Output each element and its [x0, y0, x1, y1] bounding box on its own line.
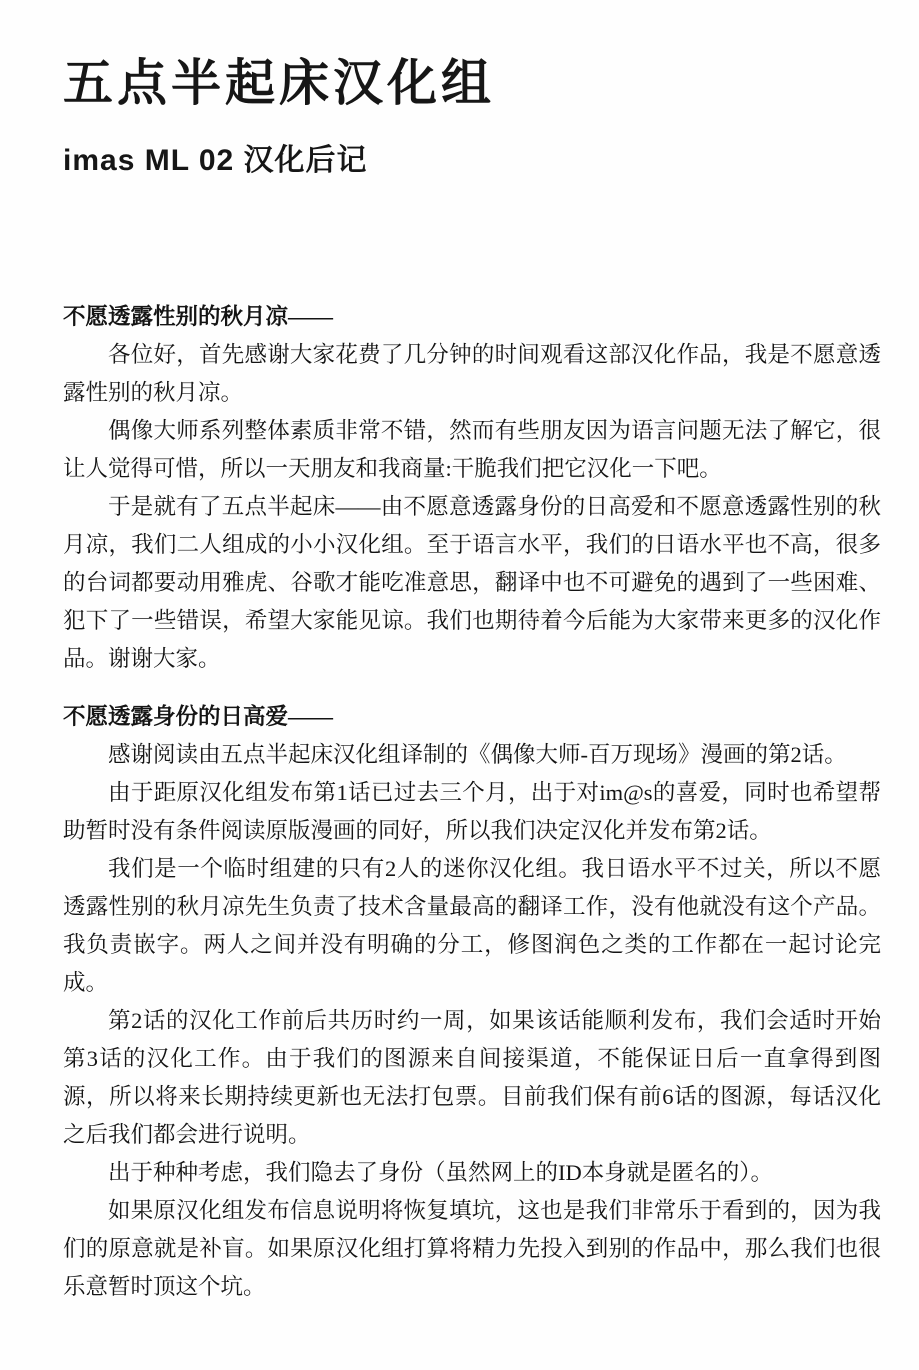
section-hidaka-ai: 不愿透露身份的日高爱—— 感谢阅读由五点半起床汉化组译制的《偶像大师-百万现场》…	[63, 698, 881, 1306]
page-subtitle: imas ML 02 汉化后记	[63, 142, 881, 180]
section-heading-akizuki-ryo: 不愿透露性别的秋月凉——	[63, 298, 881, 336]
paragraph: 于是就有了五点半起床——由不愿意透露身份的日高爱和不愿意透露性别的秋月凉，我们二…	[63, 488, 881, 678]
paragraph: 感谢阅读由五点半起床汉化组译制的《偶像大师-百万现场》漫画的第2话。	[63, 736, 881, 774]
paragraph: 第2话的汉化工作前后共历时约一周，如果该话能顺利发布，我们会适时开始第3话的汉化…	[63, 1002, 881, 1154]
document-content: 五点半起床汉化组 imas ML 02 汉化后记 不愿透露性别的秋月凉—— 各位…	[0, 0, 919, 1306]
paragraph: 偶像大师系列整体素质非常不错，然而有些朋友因为语言问题无法了解它，很让人觉得可惜…	[63, 412, 881, 488]
paragraph: 我们是一个临时组建的只有2人的迷你汉化组。我日语水平不过关，所以不愿透露性别的秋…	[63, 850, 881, 1002]
section-akizuki-ryo: 不愿透露性别的秋月凉—— 各位好，首先感谢大家花费了几分钟的时间观看这部汉化作品…	[63, 298, 881, 678]
paragraph: 各位好，首先感谢大家花费了几分钟的时间观看这部汉化作品，我是不愿意透露性别的秋月…	[63, 336, 881, 412]
document-body: 不愿透露性别的秋月凉—— 各位好，首先感谢大家花费了几分钟的时间观看这部汉化作品…	[63, 298, 881, 1306]
section-heading-hidaka-ai: 不愿透露身份的日高爱——	[63, 698, 881, 736]
paragraph: 由于距原汉化组发布第1话已过去三个月，出于对im@s的喜爱，同时也希望帮助暂时没…	[63, 774, 881, 850]
paragraph: 出于种种考虑，我们隐去了身份（虽然网上的ID本身就是匿名的）。	[63, 1154, 881, 1192]
page-title: 五点半起床汉化组	[63, 52, 881, 114]
document-page: 五点半起床汉化组 imas ML 02 汉化后记 不愿透露性别的秋月凉—— 各位…	[0, 0, 919, 1370]
paragraph: 如果原汉化组发布信息说明将恢复填坑，这也是我们非常乐于看到的，因为我们的原意就是…	[63, 1192, 881, 1306]
